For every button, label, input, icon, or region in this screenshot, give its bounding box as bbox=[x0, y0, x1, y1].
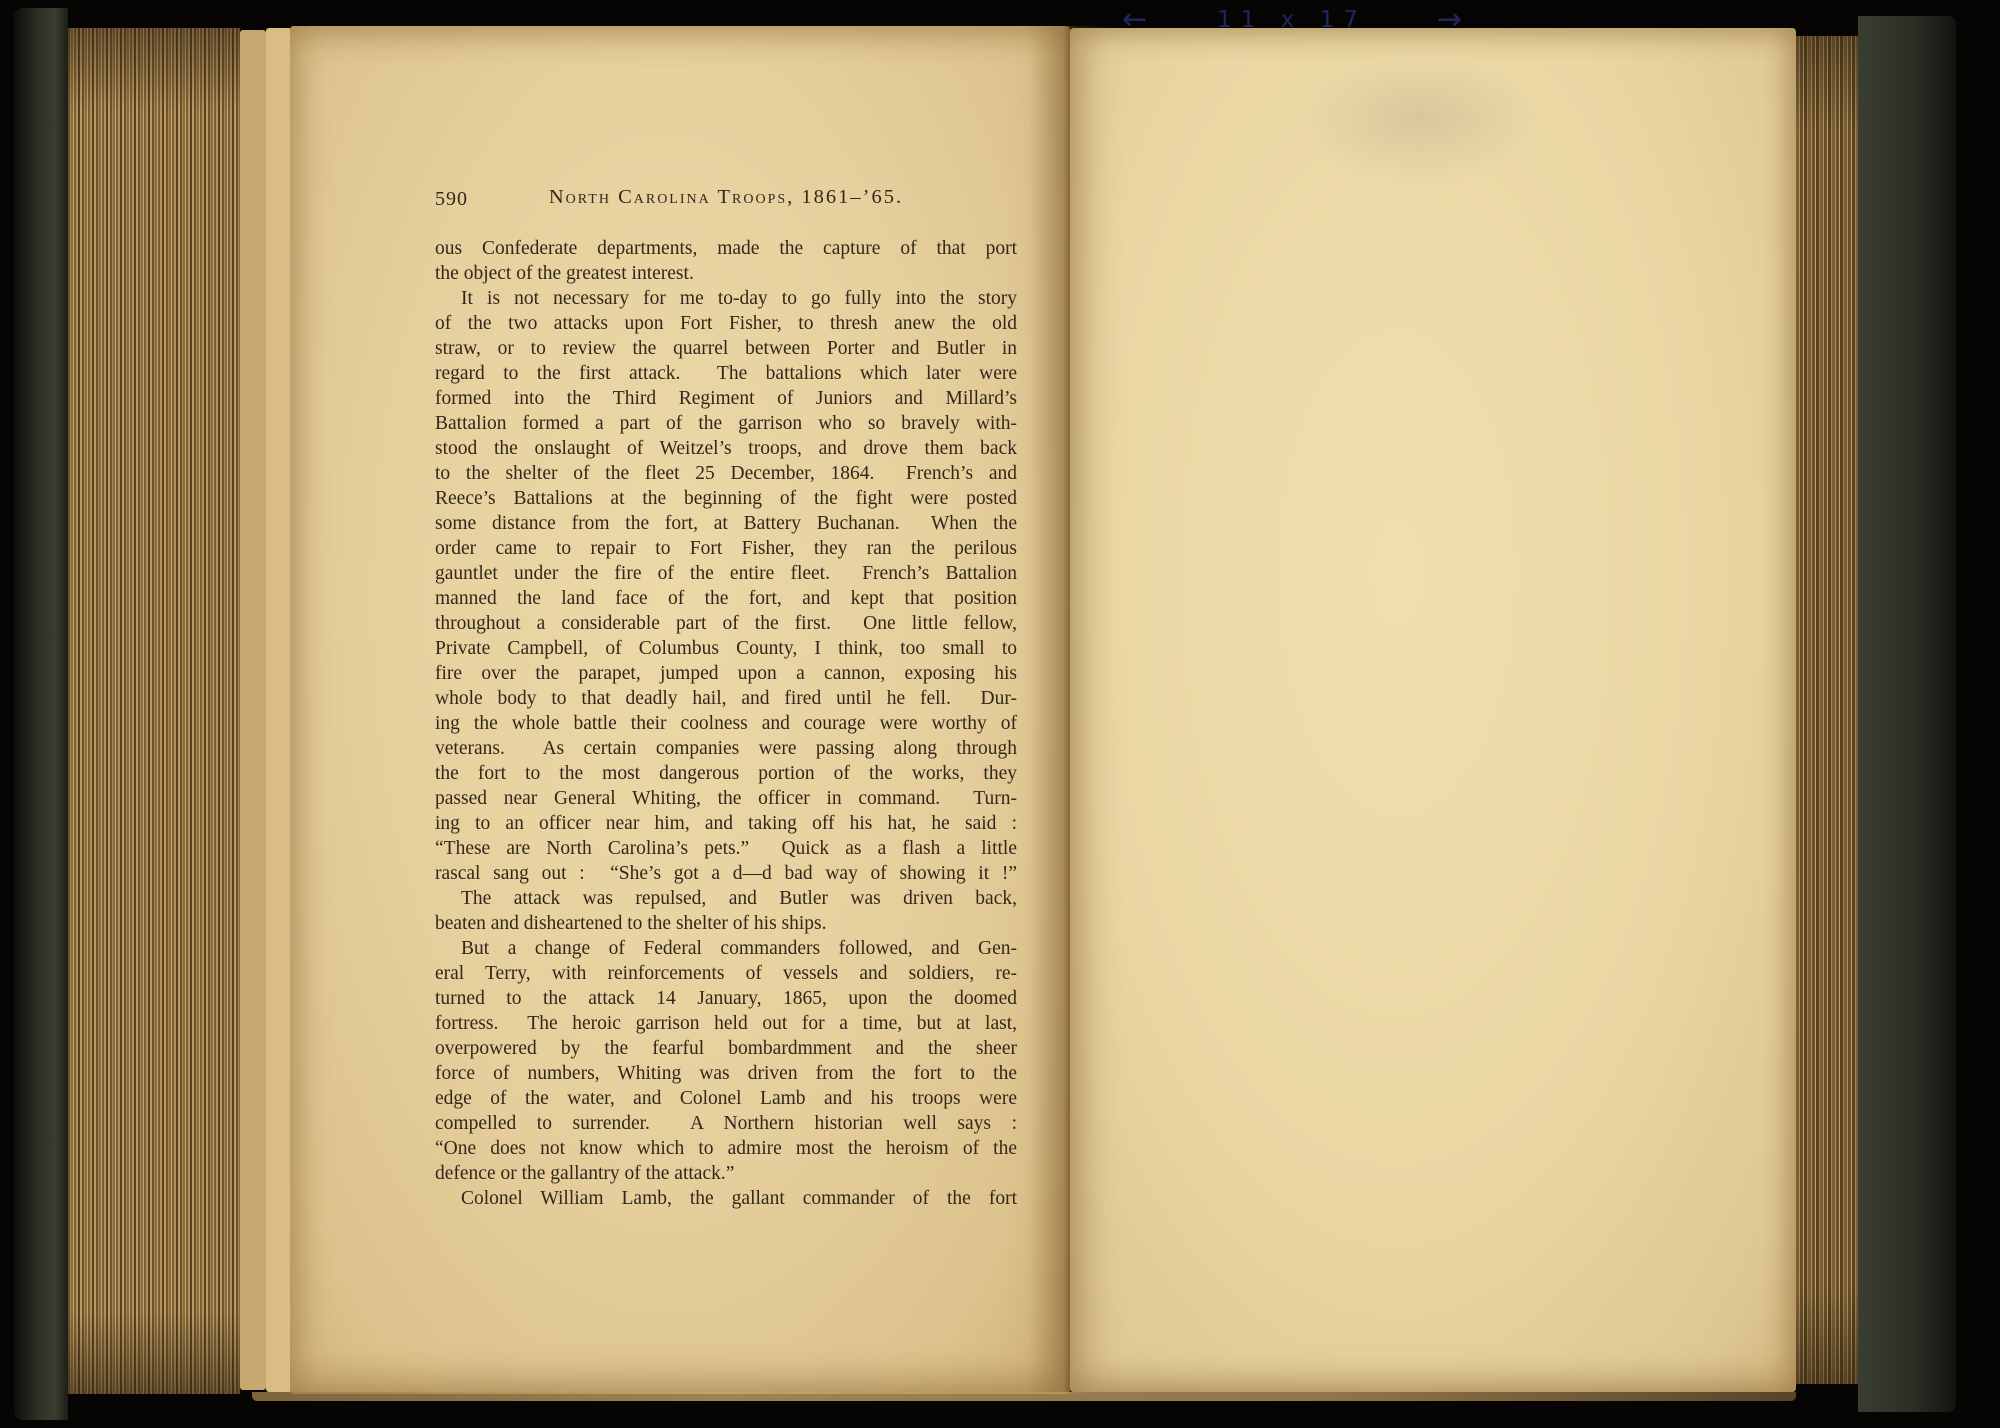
text-line: beaten and disheartened to the shelter o… bbox=[435, 911, 1017, 936]
text-line: of the two attacks upon Fort Fisher, to … bbox=[435, 311, 1017, 336]
text-line: ous Confederate departments, made the ca… bbox=[435, 236, 1017, 261]
text-line: manned the land face of the fort, and ke… bbox=[435, 586, 1017, 611]
body-text: ous Confederate departments, made the ca… bbox=[435, 236, 1017, 1211]
text-line: to the shelter of the fleet 25 December,… bbox=[435, 461, 1017, 486]
text-line: order came to repair to Fort Fisher, the… bbox=[435, 536, 1017, 561]
text-line: the object of the greatest interest. bbox=[435, 261, 1017, 286]
text-line: passed near General Whiting, the officer… bbox=[435, 786, 1017, 811]
text-line: gauntlet under the fire of the entire fl… bbox=[435, 561, 1017, 586]
text-line: defence or the gallantry of the attack.” bbox=[435, 1161, 1017, 1186]
page-header: 590 North Carolina Troops, 1861–’65. bbox=[435, 186, 1017, 209]
page-number: 590 bbox=[435, 188, 468, 211]
text-line: veterans. As certain companies were pass… bbox=[435, 736, 1017, 761]
text-line: Reece’s Battalions at the beginning of t… bbox=[435, 486, 1017, 511]
text-line: stood the onslaught of Weitzel’s troops,… bbox=[435, 436, 1017, 461]
text-line: some distance from the fort, at Battery … bbox=[435, 511, 1017, 536]
text-line: force of numbers, Whiting was driven fro… bbox=[435, 1061, 1017, 1086]
right-page-blank bbox=[1070, 28, 1796, 1392]
text-line: “These are North Carolina’s pets.” Quick… bbox=[435, 836, 1017, 861]
text-line: the fort to the most dangerous portion o… bbox=[435, 761, 1017, 786]
left-page: 590 North Carolina Troops, 1861–’65. ous… bbox=[290, 26, 1070, 1394]
paper-smudge bbox=[1300, 54, 1540, 184]
text-line: throughout a considerable part of the fi… bbox=[435, 611, 1017, 636]
text-line: regard to the first attack. The battalio… bbox=[435, 361, 1017, 386]
text-line: overpowered by the fearful bombardmment … bbox=[435, 1036, 1017, 1061]
text-line: eral Terry, with reinforcements of vesse… bbox=[435, 961, 1017, 986]
underlying-page-edge bbox=[266, 28, 292, 1392]
right-page-edge-stack bbox=[1796, 36, 1858, 1384]
text-line: “One does not know which to admire most … bbox=[435, 1136, 1017, 1161]
book-cover-right-edge bbox=[1858, 16, 1956, 1412]
text-line: It is not necessary for me to-day to go … bbox=[435, 286, 1017, 311]
text-line: But a change of Federal commanders follo… bbox=[435, 936, 1017, 961]
text-line: fortress. The heroic garrison held out f… bbox=[435, 1011, 1017, 1036]
text-line: Private Campbell, of Columbus County, I … bbox=[435, 636, 1017, 661]
text-line: Battalion formed a part of the garrison … bbox=[435, 411, 1017, 436]
text-line: ing to an officer near him, and taking o… bbox=[435, 811, 1017, 836]
bottom-page-edge bbox=[252, 1392, 1796, 1401]
text-line: fire over the parapet, jumped upon a can… bbox=[435, 661, 1017, 686]
text-line: Colonel William Lamb, the gallant comman… bbox=[435, 1186, 1017, 1211]
text-line: rascal sang out : “She’s got a d—d bad w… bbox=[435, 861, 1017, 886]
text-line: ing the whole battle their coolness and … bbox=[435, 711, 1017, 736]
running-head: North Carolina Troops, 1861–’65. bbox=[435, 186, 1017, 209]
text-line: straw, or to review the quarrel between … bbox=[435, 336, 1017, 361]
text-line: edge of the water, and Colonel Lamb and … bbox=[435, 1086, 1017, 1111]
scanner-bed: ← 11 x 17 → 590 North Carolina Troops, 1… bbox=[0, 0, 2000, 1428]
text-line: turned to the attack 14 January, 1865, u… bbox=[435, 986, 1017, 1011]
underlying-page-edge bbox=[240, 30, 266, 1390]
text-line: compelled to surrender. A Northern histo… bbox=[435, 1111, 1017, 1136]
text-line: formed into the Third Regiment of Junior… bbox=[435, 386, 1017, 411]
text-line: The attack was repulsed, and Butler was … bbox=[435, 886, 1017, 911]
left-page-edge-stack bbox=[68, 28, 240, 1394]
book-cover-left-edge bbox=[14, 8, 68, 1420]
text-line: whole body to that deadly hail, and fire… bbox=[435, 686, 1017, 711]
